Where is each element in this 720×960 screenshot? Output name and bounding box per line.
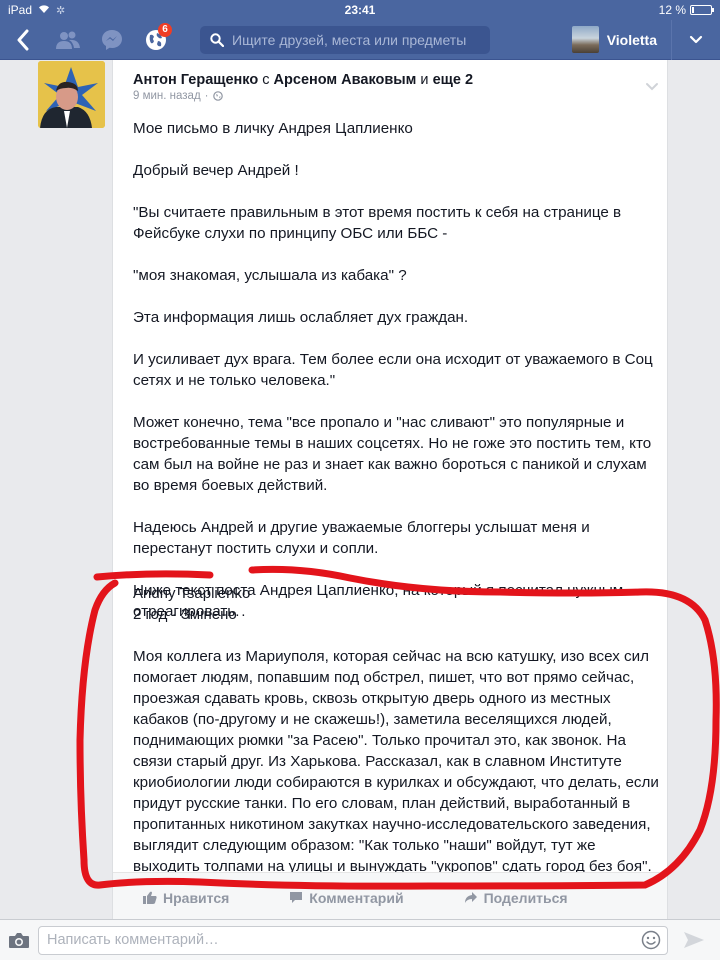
friend-requests-button[interactable] <box>46 20 90 60</box>
share-button[interactable]: Поделиться <box>464 890 568 906</box>
clock: 23:41 <box>0 3 720 17</box>
battery-percent: 12 % <box>659 3 686 17</box>
post-time[interactable]: 9 мин. назад <box>133 90 201 102</box>
post-paragraph: Добрый вечер Андрей ! <box>133 160 663 181</box>
like-button[interactable]: Нравится <box>143 890 229 906</box>
camera-icon <box>8 932 30 949</box>
profile-button[interactable]: Violetta <box>572 20 672 60</box>
post-paragraph: Эта информация лишь ослабляет дух гражда… <box>133 307 663 328</box>
chevron-down-icon <box>689 35 703 44</box>
chevron-down-icon <box>645 82 659 91</box>
share-icon <box>464 891 478 904</box>
post-paragraph: "моя знакомая, услышала из кабака" ? <box>133 265 663 286</box>
post-options-button[interactable] <box>645 78 659 96</box>
post-paragraph: Может конечно, тема "все пропало и "нас … <box>133 412 663 496</box>
back-button[interactable] <box>0 20 46 60</box>
wifi-icon <box>38 3 50 17</box>
tagged-others-link[interactable]: еще 2 <box>433 72 473 88</box>
profile-avatar <box>572 26 599 53</box>
tagged-person-link[interactable]: Арсеном Аваковым <box>274 72 417 88</box>
comment-icon <box>289 891 303 904</box>
activity-spinner-icon: ✲ <box>56 4 65 17</box>
and-word: и <box>420 72 428 88</box>
share-label: Поделиться <box>484 890 568 906</box>
notifications-badge: 6 <box>158 23 172 37</box>
thumbs-up-icon <box>143 891 157 904</box>
author-photo <box>38 61 105 128</box>
quoted-text: Моя коллега из Мариуполя, которая сейчас… <box>133 646 663 877</box>
post-card: Антон Геращенко с Арсеном Аваковым и еще… <box>112 60 668 922</box>
search-icon <box>210 33 224 47</box>
send-button[interactable] <box>668 931 720 949</box>
author-name-link[interactable]: Антон Геращенко <box>133 72 258 88</box>
globe-icon <box>213 91 223 101</box>
search-bar[interactable] <box>200 26 490 54</box>
post-meta: 9 мин. назад · <box>133 90 647 102</box>
post-body: Мое письмо в личку Андрея Цаплиенко Добр… <box>133 118 663 643</box>
like-label: Нравится <box>163 890 229 906</box>
with-word: с <box>262 72 269 88</box>
notifications-button[interactable]: 6 <box>134 20 178 60</box>
battery-icon <box>690 5 712 15</box>
comment-label: Комментарий <box>309 890 403 906</box>
post-header: Антон Геращенко с Арсеном Аваковым и еще… <box>133 72 647 102</box>
comment-field[interactable] <box>38 926 668 955</box>
quoted-post: Andriy Tsaplienko 2 год · Змінено · Моя … <box>133 583 663 877</box>
messages-button[interactable] <box>90 20 134 60</box>
search-input[interactable] <box>232 32 480 48</box>
quoted-author: Andriy Tsaplienko <box>133 583 663 604</box>
author-avatar[interactable] <box>38 61 105 128</box>
send-icon <box>683 931 705 949</box>
post-paragraph: Надеюсь Андрей и другие уважаемые блогге… <box>133 517 663 559</box>
comment-bar <box>0 919 720 960</box>
post-paragraph: И усиливает дух врага. Тем более если он… <box>133 349 663 391</box>
chevron-left-icon <box>16 29 30 51</box>
camera-button[interactable] <box>0 932 38 949</box>
post-paragraph: "Вы считаете правильным в этот время пос… <box>133 202 663 244</box>
author-line: Антон Геращенко с Арсеном Аваковым и еще… <box>133 72 647 88</box>
menu-button[interactable] <box>672 20 720 60</box>
quoted-meta: 2 год · Змінено · <box>133 604 663 625</box>
device-name: iPad <box>8 3 32 17</box>
post-actions: Нравится Комментарий Поделиться <box>113 872 667 922</box>
comment-button[interactable]: Комментарий <box>289 890 403 906</box>
status-bar: iPad ✲ 23:41 12 % <box>0 0 720 20</box>
comment-input[interactable] <box>47 932 641 948</box>
post-paragraph: Мое письмо в личку Андрея Цаплиенко <box>133 118 663 139</box>
friend-requests-icon <box>55 30 81 50</box>
profile-name: Violetta <box>607 32 657 48</box>
messenger-icon <box>101 29 123 51</box>
smiley-icon[interactable] <box>641 930 661 950</box>
top-navbar: 6 Violetta <box>0 20 720 60</box>
